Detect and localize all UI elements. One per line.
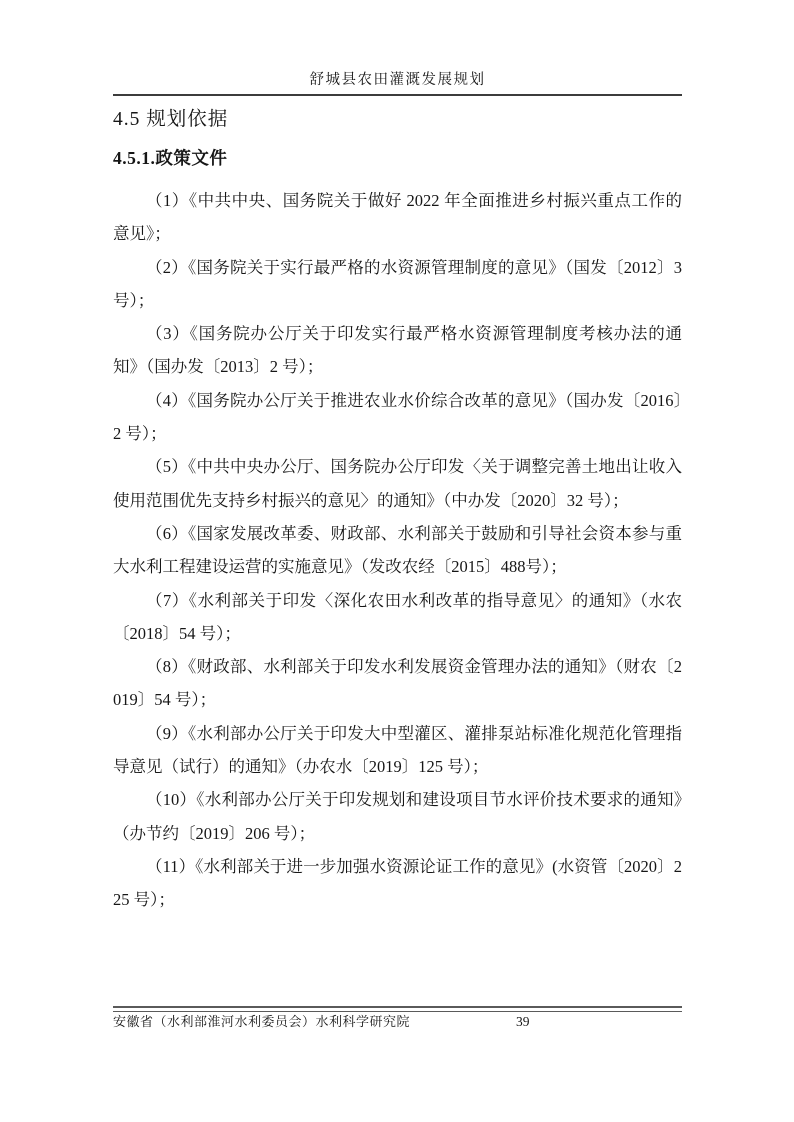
subsection-heading: 4.5.1.政策文件 xyxy=(113,146,682,170)
policy-item-5: （5）《中共中央办公厅、国务院办公厅印发〈关于调整完善土地出让收入使用范围优先支… xyxy=(113,450,682,517)
policy-item-7: （7）《水利部关于印发〈深化农田水利改革的指导意见〉的通知》（水农〔2018〕5… xyxy=(113,584,682,651)
policy-list: （1）《中共中央、国务院关于做好 2022 年全面推进乡村振兴重点工作的意见》；… xyxy=(113,184,682,917)
policy-item-4: （4）《国务院办公厅关于推进农业水价综合改革的意见》（国办发〔2016〕2 号）… xyxy=(113,384,682,451)
document-page: 舒城县农田灌溉发展规划 4.5 规划依据 4.5.1.政策文件 （1）《中共中央… xyxy=(0,0,794,1122)
policy-item-10: （10）《水利部办公厅关于印发规划和建设项目节水评价技术要求的通知》（办节约〔2… xyxy=(113,783,682,850)
page-body: 4.5 规划依据 4.5.1.政策文件 （1）《中共中央、国务院关于做好 202… xyxy=(113,106,682,917)
section-heading: 4.5 规划依据 xyxy=(113,106,682,134)
footer-rule xyxy=(113,1006,682,1012)
policy-item-9: （9）《水利部办公厅关于印发大中型灌区、灌排泵站标准化规范化管理指导意见（试行）… xyxy=(113,717,682,784)
policy-item-3: （3）《国务院办公厅关于印发实行最严格水资源管理制度考核办法的通知》（国办发〔2… xyxy=(113,317,682,384)
page-header-title: 舒城县农田灌溉发展规划 xyxy=(113,71,682,89)
policy-item-2: （2）《国务院关于实行最严格的水资源管理制度的意见》（国发〔2012〕3 号）； xyxy=(113,251,682,318)
header-rule xyxy=(113,94,682,96)
policy-item-11: （11）《水利部关于进一步加强水资源论证工作的意见》(水资管〔2020〕225 … xyxy=(113,850,682,917)
policy-item-1: （1）《中共中央、国务院关于做好 2022 年全面推进乡村振兴重点工作的意见》； xyxy=(113,184,682,251)
footer-institution: 安徽省（水利部淮河水利委员会）水利科学研究院 xyxy=(113,1013,410,1030)
policy-item-8: （8）《财政部、水利部关于印发水利发展资金管理办法的通知》（财农〔2019〕54… xyxy=(113,650,682,717)
policy-item-6: （6）《国家发展改革委、财政部、水利部关于鼓励和引导社会资本参与重大水利工程建设… xyxy=(113,517,682,584)
footer-page-number: 39 xyxy=(516,1013,530,1030)
